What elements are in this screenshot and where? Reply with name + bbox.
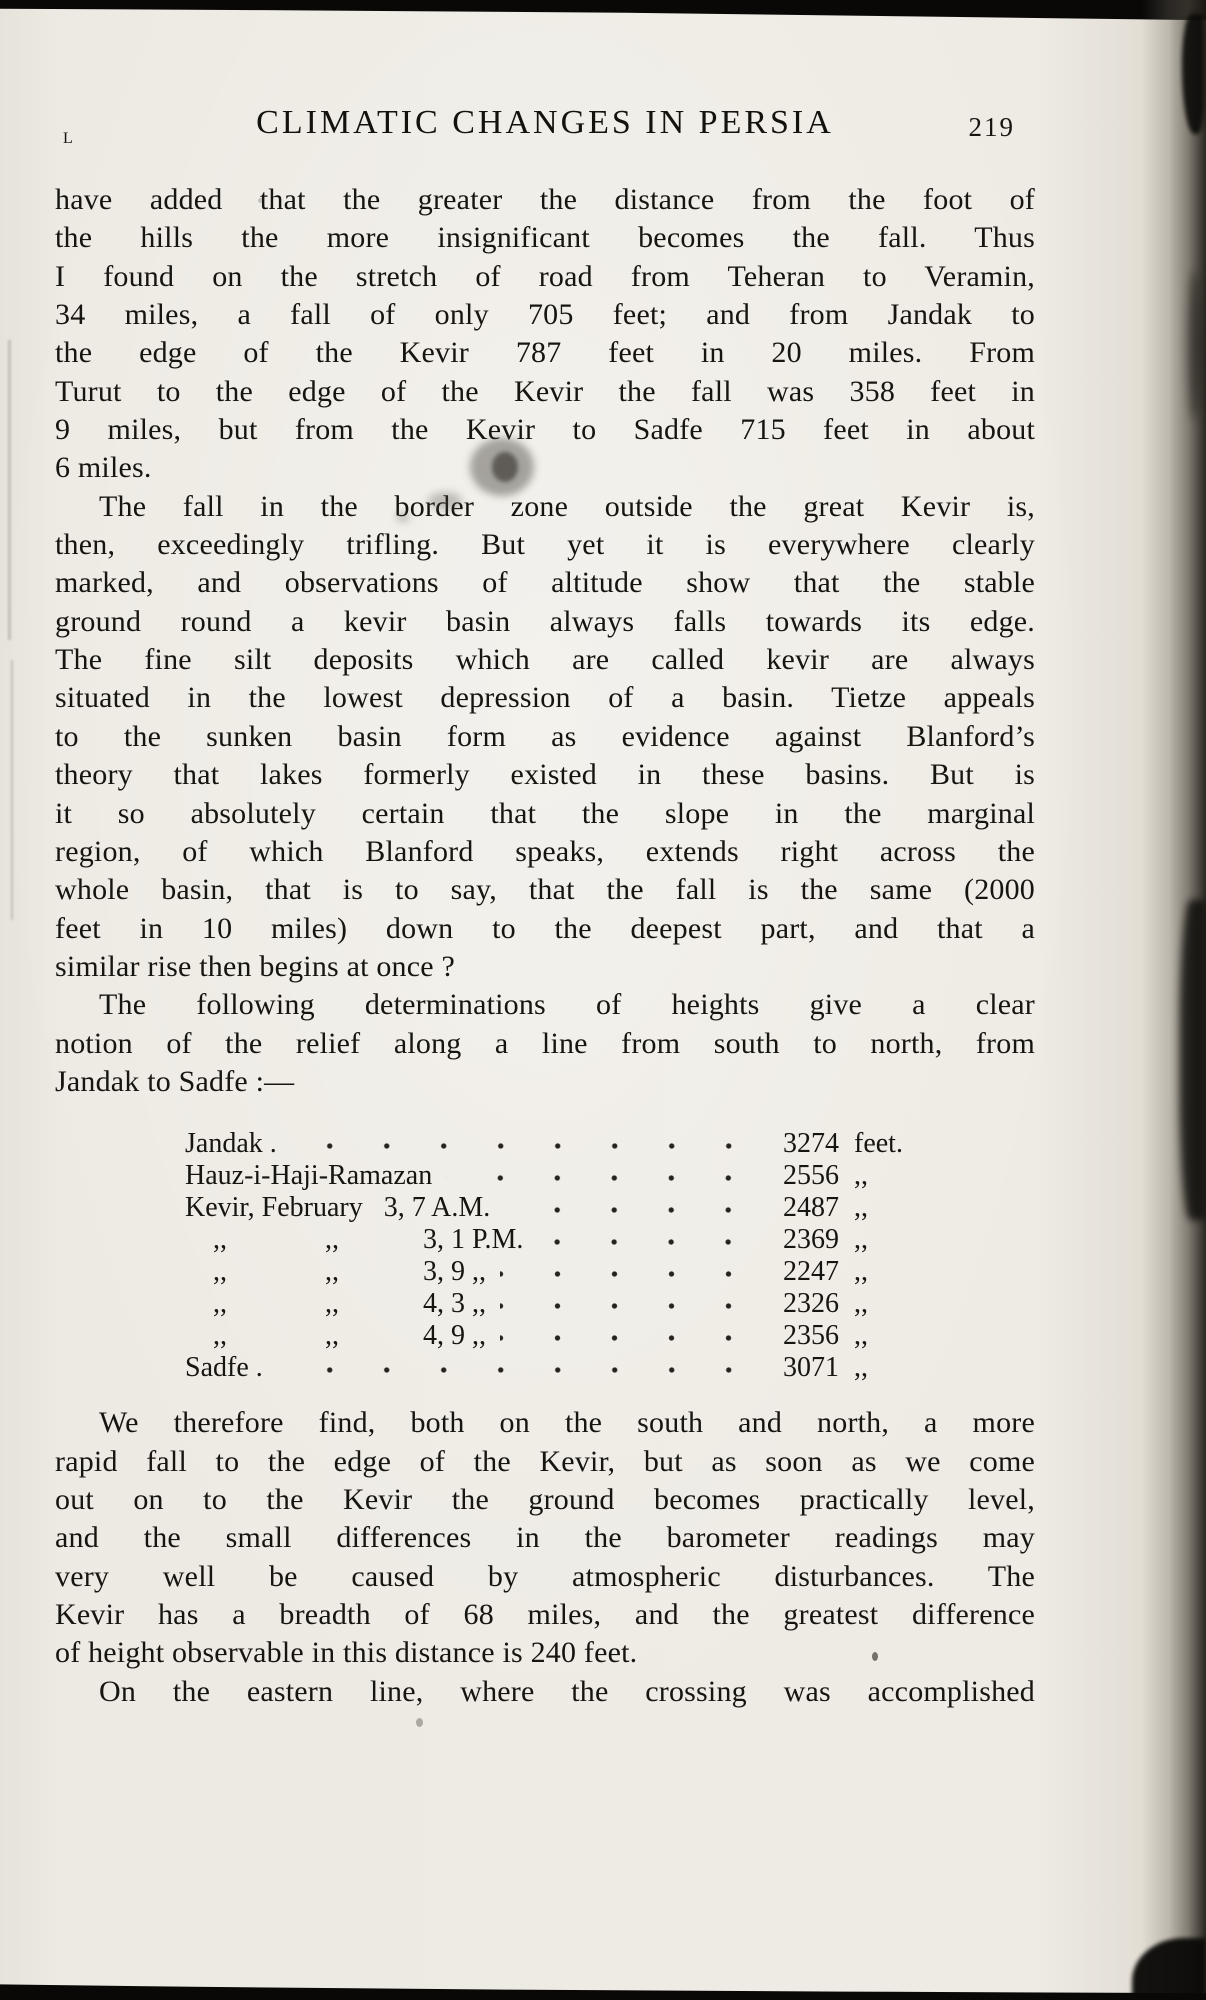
dot-leader <box>500 1288 757 1320</box>
binding-dark-blob <box>1180 900 1206 1220</box>
station-label: Jandak . <box>185 1128 277 1160</box>
dot-leader <box>500 1320 757 1352</box>
height-value: 2356 <box>769 1320 839 1352</box>
text-line: I found on the stretch of road from Tehe… <box>55 258 1035 296</box>
binding-dark-blob <box>1188 270 1202 420</box>
binding-dark-blob <box>1182 14 1204 134</box>
station-label: ,, ,, 3, 9 ,, <box>185 1256 486 1288</box>
height-unit: ,, <box>839 1192 940 1224</box>
height-unit: ,, <box>839 1320 940 1352</box>
text-line: The following determinations of heights … <box>55 986 1035 1024</box>
height-value: 3071 <box>769 1352 839 1384</box>
height-value: 2487 <box>769 1192 839 1224</box>
text-line: the edge of the Kevir 787 feet in 20 mil… <box>55 334 1035 372</box>
paragraph: The fall in the border zone outside the … <box>55 488 1035 986</box>
paragraph: have added that the greater the distance… <box>55 181 1035 488</box>
body-paragraphs-after-table: We therefore find, both on the south and… <box>55 1404 1035 1711</box>
ink-speck <box>258 198 263 203</box>
text-line: ground round a kevir basin always falls … <box>55 603 1035 641</box>
station-label: Sadfe . <box>185 1352 263 1384</box>
text-line: Jandak to Sadfe :— <box>55 1063 1035 1101</box>
ink-smudge <box>428 492 462 510</box>
station-label: Hauz-i-Haji-Ramazan <box>185 1160 432 1192</box>
scan-streak <box>11 660 13 920</box>
paragraph: On the eastern line, where the crossing … <box>55 1673 1035 1711</box>
ink-smudge <box>492 452 518 482</box>
station-label: ,, ,, 3, 1 P.M. <box>185 1224 523 1256</box>
station-label: Kevir, February 3, 7 A.M. <box>185 1192 490 1224</box>
text-line: whole basin, that is to say, that the fa… <box>55 871 1035 909</box>
height-unit: ,, <box>839 1160 940 1192</box>
table-row: Sadfe .3071,, <box>185 1352 940 1384</box>
height-unit: feet. <box>839 1128 940 1160</box>
text-line: The fall in the border zone outside the … <box>55 488 1035 526</box>
height-unit: ,, <box>839 1256 940 1288</box>
table-row: ,, ,, 3, 9 ,,2247,, <box>185 1256 940 1288</box>
text-line: On the eastern line, where the crossing … <box>55 1673 1035 1711</box>
body-paragraphs-before-table: have added that the greater the distance… <box>55 181 1035 1101</box>
ink-speck <box>872 1652 878 1661</box>
text-line: feet in 10 miles) down to the deepest pa… <box>55 910 1035 948</box>
text-line: the hills the more insignificant becomes… <box>55 219 1035 257</box>
page-title: CLIMATIC CHANGES IN PERSIA <box>55 104 1035 142</box>
scan-streak <box>8 340 11 640</box>
text-line: out on to the Kevir the ground becomes p… <box>55 1481 1035 1519</box>
dot-leader <box>277 1352 757 1384</box>
text-line: of height observable in this distance is… <box>55 1634 1035 1672</box>
height-value: 2247 <box>769 1256 839 1288</box>
table-row: Kevir, February 3, 7 A.M.2487,, <box>185 1192 940 1224</box>
text-line: 9 miles, but from the Kevir to Sadfe 715… <box>55 411 1035 449</box>
paragraph: The following determinations of heights … <box>55 986 1035 1101</box>
scan-bottom-edge <box>0 1980 1206 2000</box>
height-unit: ,, <box>839 1224 940 1256</box>
text-line: Turut to the edge of the Kevir the fall … <box>55 373 1035 411</box>
text-line: The fine silt deposits which are called … <box>55 641 1035 679</box>
text-line: marked, and observations of altitude sho… <box>55 564 1035 602</box>
ink-smudge <box>396 512 410 522</box>
text-line: very well be caused by atmospheric distu… <box>55 1558 1035 1596</box>
text-line: 6 miles. <box>55 449 1035 487</box>
text-line: have added that the greater the distance… <box>55 181 1035 219</box>
text-line: We therefore find, both on the south and… <box>55 1404 1035 1442</box>
dot-leader <box>537 1224 757 1256</box>
table-row: Jandak .3274feet. <box>185 1128 940 1160</box>
text-line: situated in the lowest depression of a b… <box>55 679 1035 717</box>
text-line: notion of the relief along a line from s… <box>55 1025 1035 1063</box>
table-row: Hauz-i-Haji-Ramazan2556,, <box>185 1160 940 1192</box>
text-line: it so absolutely certain that the slope … <box>55 795 1035 833</box>
text-line: and the small differences in the baromet… <box>55 1519 1035 1557</box>
dot-leader <box>504 1192 757 1224</box>
ink-speck <box>416 1718 423 1727</box>
height-unit: ,, <box>839 1288 940 1320</box>
table-row: ,, ,, 4, 3 ,,2326,, <box>185 1288 940 1320</box>
station-label: ,, ,, 4, 3 ,, <box>185 1288 486 1320</box>
dot-leader <box>500 1256 757 1288</box>
height-value: 3274 <box>769 1128 839 1160</box>
page-number: 219 <box>969 112 1016 143</box>
text-line: then, exceedingly trifling. But yet it i… <box>55 526 1035 564</box>
paragraph: We therefore find, both on the south and… <box>55 1404 1035 1672</box>
station-label: ,, ,, 4, 9 ,, <box>185 1320 486 1352</box>
text-line: to the sunken basin form as evidence aga… <box>55 718 1035 756</box>
text-line: Kevir has a breadth of 68 miles, and the… <box>55 1596 1035 1634</box>
heights-table: Jandak .3274feet.Hauz-i-Haji-Ramazan2556… <box>185 1128 940 1384</box>
height-value: 2556 <box>769 1160 839 1192</box>
height-value: 2326 <box>769 1288 839 1320</box>
text-line: theory that lakes formerly existed in th… <box>55 756 1035 794</box>
table-row: ,, ,, 4, 9 ,,2356,, <box>185 1320 940 1352</box>
text-line: region, of which Blanford speaks, extend… <box>55 833 1035 871</box>
height-value: 2369 <box>769 1224 839 1256</box>
dot-leader <box>291 1128 757 1160</box>
text-line: 34 miles, a fall of only 705 feet; and f… <box>55 296 1035 334</box>
running-header: L CLIMATIC CHANGES IN PERSIA 219 <box>55 0 1035 181</box>
table-row: ,, ,, 3, 1 P.M.2369,, <box>185 1224 940 1256</box>
text-line: similar rise then begins at once ? <box>55 948 1035 986</box>
dot-leader <box>446 1160 757 1192</box>
text-block: L CLIMATIC CHANGES IN PERSIA 219 have ad… <box>55 0 1035 1711</box>
height-unit: ,, <box>839 1352 940 1384</box>
scanned-book-page: L CLIMATIC CHANGES IN PERSIA 219 have ad… <box>0 0 1206 2000</box>
text-line: rapid fall to the edge of the Kevir, but… <box>55 1443 1035 1481</box>
